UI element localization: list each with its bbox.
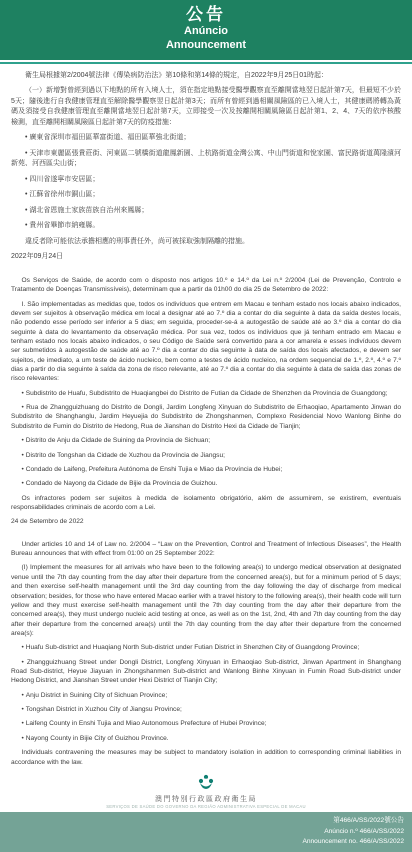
zh-area-item: 廣東省深圳市福田區華富街道、福田區華強北街道； [11,133,401,144]
en-area-item: Laifeng County in Enshi Tujia and Miao A… [11,719,401,728]
zh-area-item: 天津市東麗區張貴莊街、河東區二號橋街道龍鳳新園、上杭路街道金灣公寓、中山門街道和… [11,149,401,170]
pt-measure: I. São implementadas as medidas que, tod… [11,300,401,384]
zh-area-item: 貴州省畢節市納雍縣。 [11,221,401,232]
en-warning: Individuals contravening the measures ma… [11,748,401,767]
zh-intro: 衛生局根據第2/2004號法律《傳染病防治法》第10條和第14條的規定，自202… [11,71,401,82]
page-title-zh: 公告 [0,5,412,25]
pt-area-item: Distrito de Anju da Cidade de Suining da… [11,436,401,445]
zh-measure: （一）新增對曾經到過以下地點的所有入境人士，須在指定地點接受醫學觀察直至離開當地… [11,86,401,128]
announcement-number-pt: Anúncio n.º 466/A/SS/2022 [8,827,404,837]
section-english: Under articles 10 and 14 of Law no. 2/20… [11,540,401,772]
section-chinese: 衛生局根據第2/2004號法律《傳染病防治法》第10條和第14條的規定，自202… [11,71,401,263]
announcement-body: 衛生局根據第2/2004號法律《傳染病防治法》第10條和第14條的規定，自202… [0,64,412,772]
health-bureau-logo-block: 澳門特別行政區政府衛生局 SERVIÇOS DE SAÚDE DO GOVERN… [0,772,412,813]
pt-area-item: Condado de Laifeng, Prefeitura Autónoma … [11,465,401,474]
en-area-item: Zhangguizhuang Street under Dongli Distr… [11,658,401,686]
page-title-pt: Anúncio [0,25,412,39]
health-bureau-name-zh: 澳門特別行政區政府衛生局 [0,795,412,804]
pt-warning: Os infractores podem ser sujeitos à medi… [11,494,401,513]
pt-area-item: Condado de Nayong da Cidade de Bijie da … [11,479,401,488]
pt-area-item: Rua de Zhangguizhuang do Distrito de Don… [11,403,401,431]
announcement-number-bar: 第466/A/SS/2022號公告 Anúncio n.º 466/A/SS/2… [0,812,412,852]
health-bureau-name-pt: SERVIÇOS DE SAÚDE DO GOVERNO DA REGIÃO A… [0,804,412,809]
announcement-number-zh: 第466/A/SS/2022號公告 [8,816,404,826]
announcement-number-en: Announcement no. 466/A/SS/2022 [8,837,404,847]
health-bureau-emblem-icon [197,774,215,790]
zh-date: 2022年09月24日 [11,252,401,263]
pt-date: 24 de Setembro de 2022 [11,517,401,526]
en-area-item: Huafu Sub-district and Huaqiang North Su… [11,643,401,652]
zh-area-item: 江蘇省徐州市銅山區； [11,190,401,201]
pt-intro: Os Serviços de Saúde, de acordo com o di… [11,276,401,295]
header-banner: 公告 Anúncio Announcement [0,0,412,60]
en-area-item: Anju District in Suining City of Sichuan… [11,691,401,700]
en-area-item: Nayong County in Bijie City of Guizhou P… [11,734,401,743]
zh-area-item: 湖北省恩施土家族苗族自治州來鳳縣； [11,206,401,217]
zh-warning: 違反者除可能依法承擔相應的刑事責任外，尚可被採取強制隔離的措施。 [11,237,401,248]
zh-area-item: 四川省遂寧市安居區； [11,175,401,186]
en-intro: Under articles 10 and 14 of Law no. 2/20… [11,540,401,559]
announcement-page: 公告 Anúncio Announcement 衛生局根據第2/2004號法律《… [0,0,412,852]
section-portuguese: Os Serviços de Saúde, de acordo com o di… [11,276,401,527]
pt-area-item: Subdistrito de Huafu, Subdistrito de Hua… [11,389,401,398]
en-area-item: Tongshan District in Xuzhou City of Jian… [11,705,401,714]
en-measure: (I) Implement the measures for all arriv… [11,563,401,638]
page-title-en: Announcement [0,39,412,53]
pt-area-item: Distrito de Tongshan da Cidade de Xuzhou… [11,451,401,460]
